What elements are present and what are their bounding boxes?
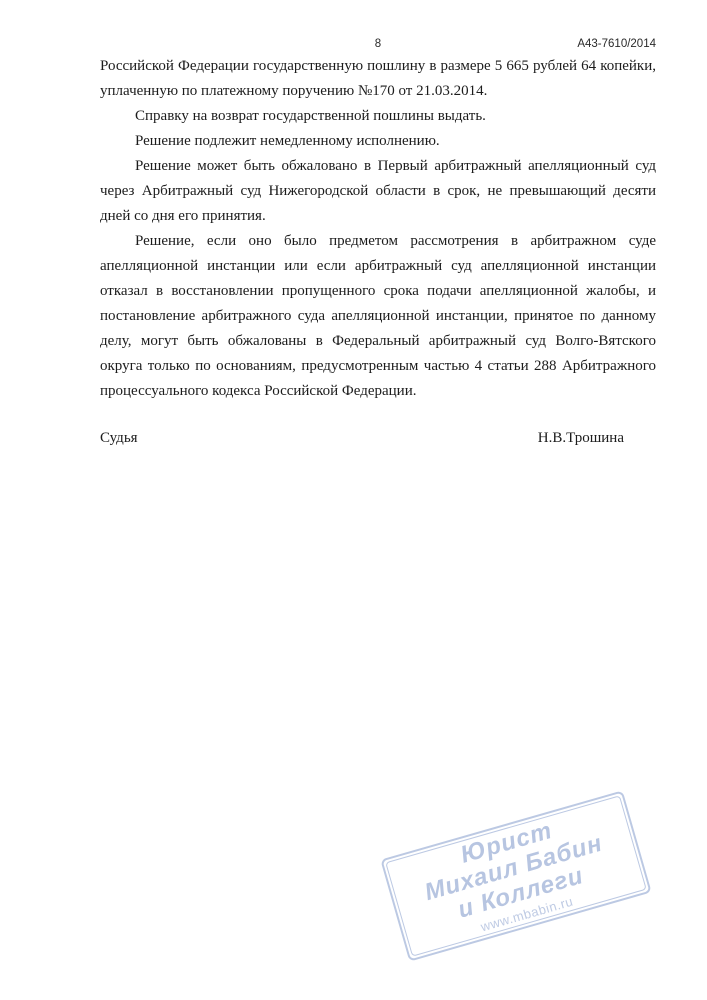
paragraph-immediate-execution: Решение подлежит немедленному исполнению…: [100, 129, 656, 154]
paragraph-state-duty: Российской Федерации государственную пош…: [100, 54, 656, 104]
judge-name: Н.В.Трошина: [538, 430, 656, 447]
document-page: 8 А43-7610/2014 Российской Федерации гос…: [0, 0, 707, 1000]
decision-body: Российской Федерации государственную пош…: [100, 54, 656, 404]
paragraph-duty-certificate: Справку на возврат государственной пошли…: [100, 104, 656, 129]
paragraph-appeal-procedure: Решение может быть обжаловано в Первый а…: [100, 154, 656, 229]
law-firm-stamp: Юрист Михаил Бабин и Коллеги www.mbabin.…: [380, 790, 651, 961]
signature-row: Судья Н.В.Трошина: [100, 430, 656, 447]
law-firm-stamp-frame: Юрист Михаил Бабин и Коллеги www.mbabin.…: [385, 795, 647, 956]
paragraph-cassation-procedure: Решение, если оно было предметом рассмот…: [100, 229, 656, 404]
case-number: А43-7610/2014: [100, 38, 656, 50]
judge-role-label: Судья: [100, 430, 138, 447]
